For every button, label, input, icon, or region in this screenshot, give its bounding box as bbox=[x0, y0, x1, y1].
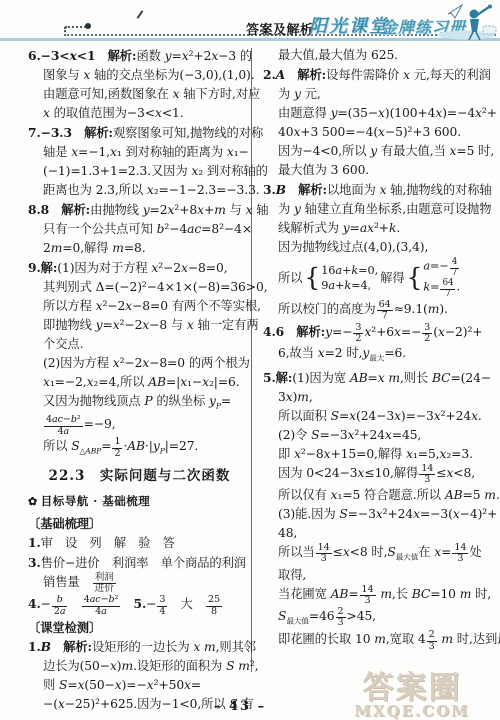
answers-column-left: 6.−3<x<1 解析:函数 y=x²+2x−3 的图象与 x 轴的交点坐标为(… bbox=[28, 46, 251, 714]
text-line: 由题意得 y=(35−x)(100+4x)=−4x²+ bbox=[263, 104, 492, 123]
text-line: 所以{16a+k=0,9a+k=4,解得{a=−47k=647. bbox=[263, 257, 492, 300]
pen-tick-mark bbox=[137, 10, 144, 19]
text-line: x 的取值范围为−3<x<1. bbox=[28, 104, 251, 123]
watermark-brand: 答案圈 bbox=[326, 672, 498, 705]
text-line: 为 y 轴建立直角坐标系,由题意可设抛物 bbox=[263, 200, 492, 219]
text-line: 距离也为 2.3,所以 x₂=−1−2.3=−3.3. bbox=[28, 181, 251, 200]
text-line: (−1)=1.3+1=2.3.又因为 x₂ 到对称轴的 bbox=[28, 162, 251, 181]
dashed-tag-shape bbox=[483, 26, 496, 34]
text-line: 40x+3 500=−4(x−5)²+3 600. bbox=[263, 123, 492, 142]
answers-label: 答案及解析 bbox=[246, 19, 314, 38]
compass-flower-icon: ✿ bbox=[28, 495, 38, 508]
paper-plane-icon bbox=[448, 5, 462, 18]
text-line: 图象与 x 轴的交点坐标为(−3,0),(1,0). bbox=[28, 66, 251, 85]
page-container: 答案及解析 阳光课堂 金牌练习册 6.−3<x<1 解析:函 bbox=[0, 0, 500, 720]
corner-mark bbox=[65, 26, 86, 28]
text-line: 销售量 利润进价 bbox=[28, 573, 251, 595]
text-line: 8.8 解析:由抛物线 y=2x²+8x+m 与 x 轴 bbox=[28, 200, 251, 220]
text-line: (3)能.因为 S=−3x²+24x=−3(x−4)²+ bbox=[263, 505, 492, 524]
text-line: 2m=0,解得 m=8. bbox=[28, 239, 251, 258]
text-line: 3.B 解析:以地面为 x 轴,抛物线的对称轴 bbox=[263, 180, 492, 200]
text-line: 6.−3<x<1 解析:函数 y=x²+2x−3 的 bbox=[28, 46, 251, 66]
answers-column-right: 最大值,最大值为 625.2.A 解析:设每件需降价 x 元,每天的利润为 y … bbox=[263, 46, 492, 714]
text-line: 9.解:(1)因为对于方程 x²−2x−8=0, bbox=[28, 258, 251, 278]
text-line: 其判别式 Δ=(−2)²−4×1×(−8)=36>0, bbox=[28, 278, 251, 297]
text-line: 所以仅有 x₁=5 符合题意.所以 AB=5 m. bbox=[263, 486, 492, 505]
text-line: 边长为(50−x)m.设矩形的面积为 S m², bbox=[28, 657, 251, 676]
text-line: 轴是 x=−1,x₁ 到对称轴的距离为 x₁− bbox=[28, 143, 251, 162]
text-line: 所以面积 S=x(24−3x)=−3x²+24x. bbox=[263, 407, 492, 426]
text-line: 又因为抛物线顶点 P 的纵坐标 yP= bbox=[28, 392, 251, 415]
text-line: 所以方程 x²−2x−8=0 有两个不等实根, bbox=[28, 297, 251, 316]
text-line: x₁=−2,x₂=4,所以 AB=|x₁−x₂|=6. bbox=[28, 373, 251, 392]
text-line: 取得, bbox=[263, 566, 492, 585]
header-decoration bbox=[436, 1, 498, 43]
text-line: 7.−3.3 解析:观察图象可知,抛物线的对称 bbox=[28, 123, 251, 143]
text-line: 当花圃宽 AB=143 m,长 BC=10 m 时, bbox=[263, 585, 492, 607]
text-line: 只有一个公共点可知 b²−4ac=8²−4× bbox=[28, 220, 251, 239]
text-line: (2)令 S=−3x²+24x=45, bbox=[263, 426, 492, 445]
text-line: 由题意可知,函数图象在 x 轴下方时,对应 bbox=[28, 85, 251, 104]
answers-body: 6.−3<x<1 解析:函数 y=x²+2x−3 的图象与 x 轴的交点坐标为(… bbox=[28, 46, 492, 714]
text-line: 即花圃的长取 10 m,宽取 423 m 时,达到最 bbox=[263, 630, 492, 652]
text-line: 3x)m, bbox=[263, 388, 492, 407]
page-header: 答案及解析 阳光课堂 金牌练习册 bbox=[0, 0, 500, 44]
text-line: 6,故当 x=2 时,y最大=6. bbox=[263, 344, 492, 367]
text-line: 因为抛物线过点(4,0),(3,4), bbox=[263, 238, 492, 257]
corner-dot bbox=[85, 23, 91, 29]
text-line: 个交点. bbox=[28, 335, 251, 354]
text-line: 则 S=x(50−x)=−x²+50x= bbox=[28, 676, 251, 695]
text-line: 所以校门的高度为647≈9.1(m). bbox=[263, 300, 492, 322]
text-line: 5.解:(1)因为宽 AB=x m,则长 BC=(24− bbox=[263, 368, 492, 388]
brand-title-sunshine-classroom: 阳光课堂 bbox=[309, 12, 389, 38]
text-line: 所以 S△ABP=12·AB·|yP|=27. bbox=[28, 437, 251, 461]
text-line: 因为−4<0,所以 y 有最大值,当 x=5 时, bbox=[263, 142, 492, 161]
text-line: 因为 0<24−3x≤10,解得143≤x<8, bbox=[263, 464, 492, 486]
header-solid-rule bbox=[0, 38, 500, 41]
text-line: 线解析式为 y=ax²+k. bbox=[263, 219, 492, 238]
text-line: 1.B 解析:设矩形的一边长为 x m,则其邻 bbox=[28, 637, 251, 657]
text-line: 1.审 设 列 解 验 答 bbox=[28, 533, 251, 553]
text-line: 即抛物线 y=x²−2x−8 与 x 轴一定有两 bbox=[28, 316, 251, 335]
text-line: 2.A 解析:设每件需降价 x 元,每天的利润 bbox=[263, 65, 492, 85]
text-line: 最大值,最大值为 625. bbox=[263, 46, 492, 65]
text-line: 4ac−b²4a=−9, bbox=[28, 415, 251, 437]
watermark-domain: MXQE.COM bbox=[326, 704, 498, 720]
text-line: S最大值=4623>45, bbox=[263, 607, 492, 631]
text-line: 最大值为 3 600. bbox=[263, 161, 492, 180]
text-line: 即 x²−8x+15=0,解得 x₁=5,x₂=3. bbox=[263, 445, 492, 464]
watermark: 答案圈 MXQE.COM bbox=[326, 672, 498, 720]
text-line: 为 y 元, bbox=[263, 85, 492, 104]
text-line: 3.售价−进价 利润率 单个商品的利润 bbox=[28, 553, 251, 573]
text-line: 〔基础梳理〕 bbox=[28, 513, 251, 533]
section-banner: ✿目标导航 · 基础梳理 bbox=[28, 488, 251, 513]
text-line: 所以当143≤x<8 时,S最大值在 x=143处 bbox=[263, 543, 492, 567]
text-line: (2)因为方程 x²−2x−8=0 的两个根为 bbox=[28, 354, 251, 373]
text-line: 4.6 解析:y=−32x²+6x=−32(x−2)²+ bbox=[263, 322, 492, 345]
text-line: 48, bbox=[263, 524, 492, 543]
text-line: 〔课堂检测〕 bbox=[28, 617, 251, 637]
text-line: 4.−b2a 4ac−b²4a 5.−34 大 258 bbox=[28, 594, 251, 617]
section-title: 22.3 实际问题与二次函数 bbox=[28, 461, 251, 488]
